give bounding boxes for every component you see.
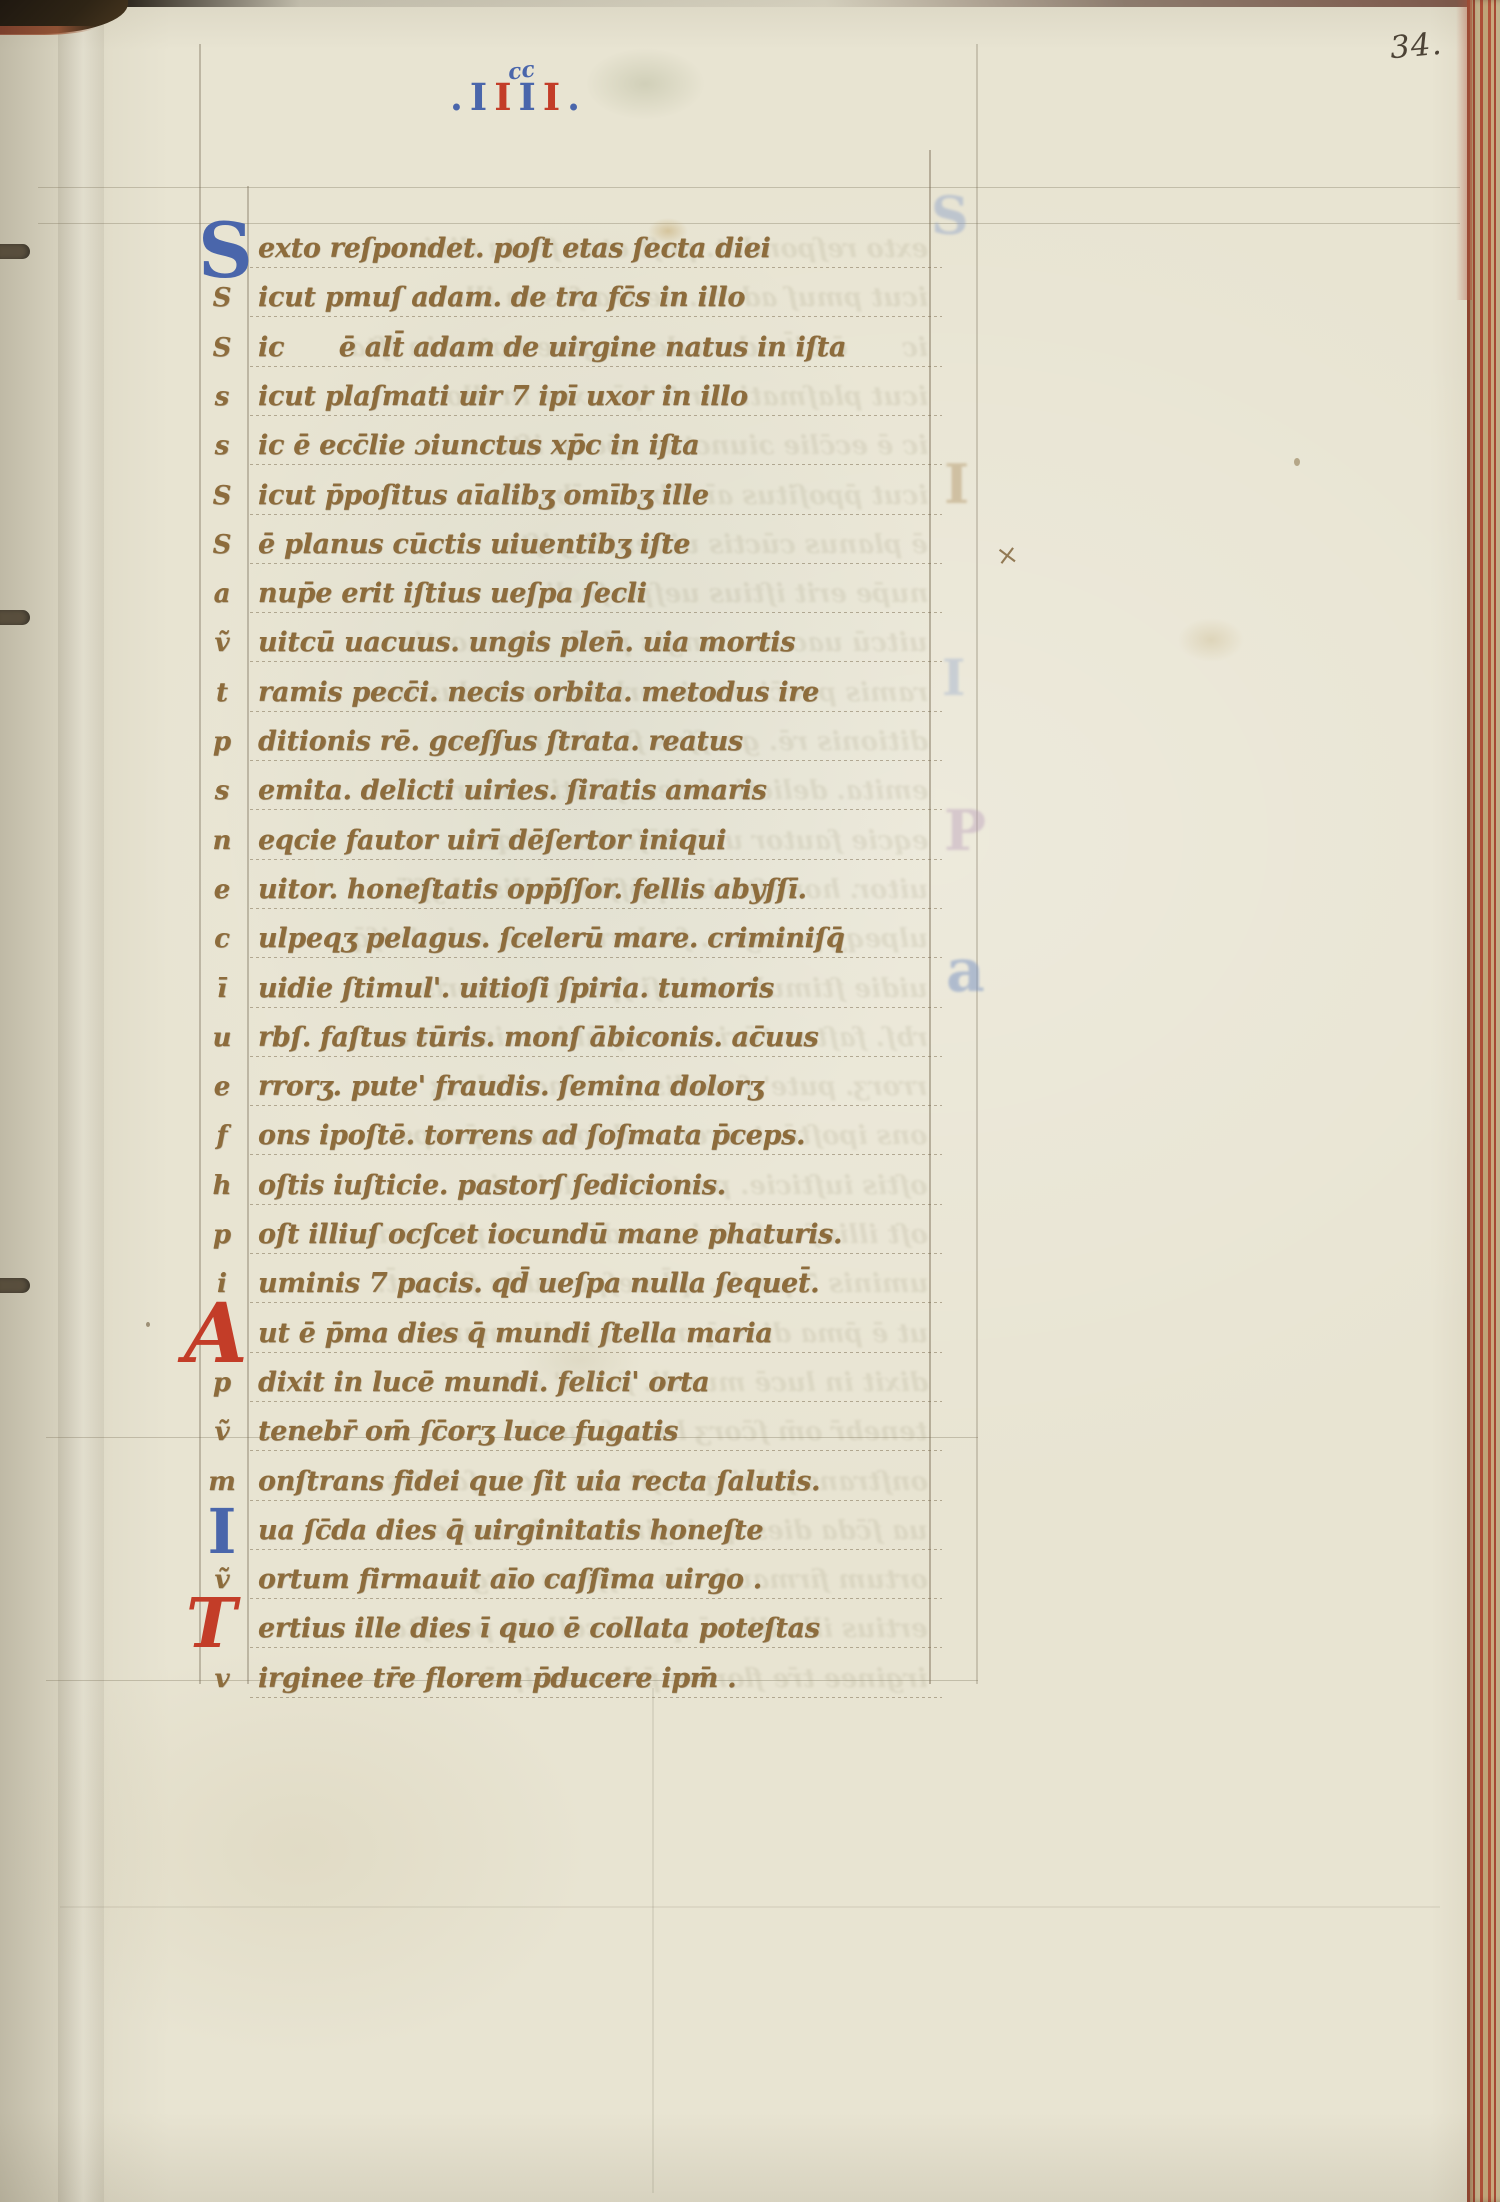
margin-initial: a	[198, 569, 246, 619]
margin-initial: f	[198, 1111, 246, 1161]
text-line: ramis pecc̄i. necis orbita. metodus iret…	[0, 668, 1500, 718]
margin-initial: e	[198, 1062, 246, 1112]
margin-initial: s	[198, 421, 246, 471]
verse-text: icut pmuſ adam. de tra fc̄s in illo	[258, 273, 745, 323]
verse-text: icut p̄poſitus aīalibʒ omībʒ ille	[258, 471, 709, 521]
chapter-number-heading: cc .IIII.	[450, 78, 587, 116]
text-line: nup̄e erit iſtius ueſpa ſeclianup̄e erit…	[0, 569, 1500, 619]
verse-text: tenebr̄ om̄ ſc̄orʒ luce fugatis	[258, 1407, 678, 1457]
ruling-throughline-top-1	[38, 187, 1460, 188]
verse-text: nup̄e erit iſtius ueſpa ſecli	[258, 569, 647, 619]
text-line: exto reſpondet. poſt etas ſecta dieiSext…	[0, 224, 1500, 274]
text-line: ua ſc̄da dies q̄ uirginitatis honeſteIua…	[0, 1506, 1500, 1556]
stain	[585, 48, 705, 120]
margin-initial: e	[198, 865, 246, 915]
verse-text: ortum firmauit aīo caſſima uirgo .	[258, 1555, 762, 1605]
text-line: irginee tr̄e florem p̄ducere ipm̄ .virgi…	[0, 1654, 1500, 1704]
margin-initial: ṽ	[198, 618, 246, 668]
text-line: icut plaſmati uir 7 ipī uxor in illosic…	[0, 372, 1500, 422]
folio-number: 34.	[1389, 26, 1444, 66]
verse-text: ic ē ecc̄lie ɔiunctus xp̄c in iſta	[258, 421, 699, 471]
ghost-initial: a	[946, 936, 985, 1006]
margin-initial: I	[198, 1502, 246, 1562]
margin-initial: s	[198, 766, 246, 816]
text-line: uitcū uacuus. ungis plen̄. uia mortisṽu…	[0, 618, 1500, 668]
stain	[520, 1330, 640, 1390]
text-line: ic ē alt̄ adam de uirgine natus in iſta…	[0, 323, 1500, 373]
margin-initial: S	[198, 520, 246, 570]
text-line: icut pmuſ adam. de tra fc̄s in illoSicut…	[0, 273, 1500, 323]
verse-text: ulpeqʒ pelagus. ſcelerū mare. criminiſq…	[258, 914, 845, 964]
verse-text: ramis pecc̄i. necis orbita. metodus ire	[258, 668, 819, 718]
text-line: tenebr̄ om̄ ſc̄orʒ luce fugatisṽtenebr̄ …	[0, 1407, 1500, 1457]
text-line: uidie ſtimul'. uitioſi ſpiria. tumorisī…	[0, 964, 1500, 1014]
text-line: icut p̄poſitus aīalibʒ omībʒ illeSicut…	[0, 471, 1500, 521]
verse-text: ē planus cūctis uiuentibʒ iſte	[258, 520, 690, 570]
verse-text: exto reſpondet. poſt etas ſecta diei	[258, 224, 771, 274]
verse-text: emita. delicti uiries. ſiratis amaris	[258, 766, 767, 816]
ink-fleck	[146, 1322, 150, 1327]
text-line: ertius ille dies ī quo ē collata poteſ…	[0, 1604, 1500, 1654]
parchment-page: cc .IIII. 34. exto reſpondet. poſt etas …	[0, 0, 1500, 2202]
ghost-initial: P	[944, 798, 986, 864]
verse-text: uminis 7 pacis. qd̄ ueſpa nulla ſequet̄.	[258, 1259, 819, 1309]
verse-text: eqcie fautor uirī dēſertor iniqui	[258, 816, 726, 866]
stain	[1178, 618, 1244, 662]
text-line: uitor. honeſtatis opp̄ſſor. fellis abyſſ…	[0, 865, 1500, 915]
ghost-initial: I	[942, 648, 965, 707]
margin-initial: u	[198, 1013, 246, 1063]
heading-glyph: .	[450, 75, 470, 119]
top-edge-shadow	[0, 0, 1500, 7]
verse-text: uitcū uacuus. ungis plen̄. uia mortis	[258, 618, 795, 668]
text-line: oſtis iuſticie. pastorſ ſedicionis.hoſti…	[0, 1161, 1500, 1211]
text-line: oſt illiuſ ocſcet iocundū mane phaturis…	[0, 1210, 1500, 1260]
margin-initial: t	[198, 668, 246, 718]
margin-initial: S	[198, 273, 246, 323]
verse-text: rrorʒ. pute' fraudis. ſemina dolorʒ	[258, 1062, 763, 1112]
verse-text: ua ſc̄da dies q̄ uirginitatis honeſte	[258, 1506, 763, 1556]
verse-text: ertius ille dies ī quo ē collata poteſ…	[258, 1604, 820, 1654]
text-line: eqcie fautor uirī dēſertor iniquineqci…	[0, 816, 1500, 866]
heading-glyph: I	[470, 75, 494, 119]
margin-initial: c	[198, 914, 246, 964]
verse-text: oſtis iuſticie. pastorſ ſedicionis.	[258, 1161, 726, 1211]
margin-initial: p	[198, 1210, 246, 1260]
margin-initial: p	[198, 1358, 246, 1408]
ghost-initial: S	[931, 186, 969, 247]
heading-abbreviation-mark: cc	[505, 50, 537, 91]
parchment-crease	[60, 1906, 1440, 1908]
text-line: ons ipoſtē. torrens ad ſoſmata p̄ceps.f…	[0, 1111, 1500, 1161]
verse-text: uitor. honeſtatis opp̄ſſor. fellis abyſſ…	[258, 865, 807, 915]
parchment-crease	[652, 1688, 654, 2193]
text-line: ē planus cūctis uiuentibʒ iſteSē plan…	[0, 520, 1500, 570]
verse-text: ons ipoſtē. torrens ad ſoſmata p̄ceps.	[258, 1111, 805, 1161]
verse-text: icut plaſmati uir 7 ipī uxor in illo	[258, 372, 748, 422]
text-line: emita. delicti uiries. ſiratis amarissem…	[0, 766, 1500, 816]
heading-glyph: I	[543, 75, 567, 119]
text-line: dixit in lucē mundi. felici' ortapdixit…	[0, 1358, 1500, 1408]
ink-fleck	[1294, 458, 1300, 466]
margin-initial: n	[198, 816, 246, 866]
text-line: ditionis rē. gceſſus ſtrata. reatuspdit…	[0, 717, 1500, 767]
text-line: ut ē p̄ma dies q̄ mundi ſtella mariaAut…	[0, 1309, 1500, 1359]
text-line: ic ē ecc̄lie ɔiunctus xp̄c in iſtasic e…	[0, 421, 1500, 471]
margin-initial: S	[198, 471, 246, 521]
verse-text: ut ē p̄ma dies q̄ mundi ſtella maria	[258, 1309, 773, 1359]
verse-text: dixit in lucē mundi. felici' orta	[258, 1358, 709, 1408]
verse-text: ditionis rē. gceſſus ſtrata. reatus	[258, 717, 743, 767]
margin-initial: p	[198, 717, 246, 767]
text-line: ulpeqʒ pelagus. ſcelerū mare. criminiſq…	[0, 914, 1500, 964]
verse-text: ic ē alt̄ adam de uirgine natus in iſta	[258, 323, 846, 373]
margin-initial: T	[186, 1592, 234, 1656]
text-line: rbſ. faſtus tūris. monſ ābiconis. ac̄u…	[0, 1013, 1500, 1063]
ghost-initial: I	[944, 452, 969, 516]
margin-x-mark: ×	[994, 539, 1021, 573]
margin-initial: h	[198, 1161, 246, 1211]
margin-initial: ṽ	[198, 1407, 246, 1457]
margin-initial: v	[198, 1654, 246, 1704]
verse-text: uidie ſtimul'. uitioſi ſpiria. tumoris	[258, 964, 774, 1014]
margin-initial: ī	[198, 964, 246, 1014]
manuscript-page-photo: cc .IIII. 34. exto reſpondet. poſt etas …	[0, 0, 1500, 2202]
verse-text: onſtrans fidei que ſit uia recta ſalutis…	[258, 1457, 820, 1507]
verse-text: oſt illiuſ ocſcet iocundū mane phaturis…	[258, 1210, 842, 1260]
stain	[648, 218, 688, 244]
verse-text: irginee tr̄e florem p̄ducere ipm̄ .	[258, 1654, 736, 1704]
text-line: rrorʒ. pute' fraudis. ſemina dolorʒerror…	[0, 1062, 1500, 1112]
margin-initial: s	[198, 372, 246, 422]
verse-text: rbſ. faſtus tūris. monſ ābiconis. ac̄u…	[258, 1013, 818, 1063]
margin-initial: S	[198, 323, 246, 373]
